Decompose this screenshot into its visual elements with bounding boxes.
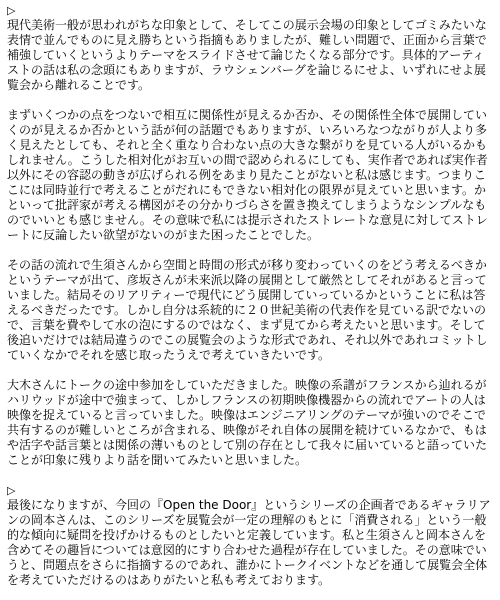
comment-entry: ▷ 最後になりますが、今回の『Open the Door』というシリーズの企画者… [7,483,494,588]
entry-marker-icon: ▷ [7,3,494,18]
paragraph: その話の流れで生須さんから空間と時間の形式が移り変わっていくのをどう考えるべきか… [7,258,494,363]
paragraph: 大木さんにトークの途中参加をしていただきました。映像の系譜がフランスから辿れるが… [7,378,494,468]
paragraph: 現代美術一般が思われがちな印象として、そしてこの展示会場の印象としてゴミみたいな… [7,18,494,93]
text-document: ▷ 現代美術一般が思われがちな印象として、そしてこの展示会場の印象としてゴミみた… [0,0,500,588]
comment-entry: ▷ 現代美術一般が思われがちな印象として、そしてこの展示会場の印象としてゴミみた… [7,3,494,468]
paragraph: まずいくつかの点をつないで相互に関係性が見えるか否か、その関係性全体で展開してい… [7,108,494,243]
paragraph: 最後になりますが、今回の『Open the Door』というシリーズの企画者であ… [7,498,494,588]
entry-marker-icon: ▷ [7,483,494,498]
